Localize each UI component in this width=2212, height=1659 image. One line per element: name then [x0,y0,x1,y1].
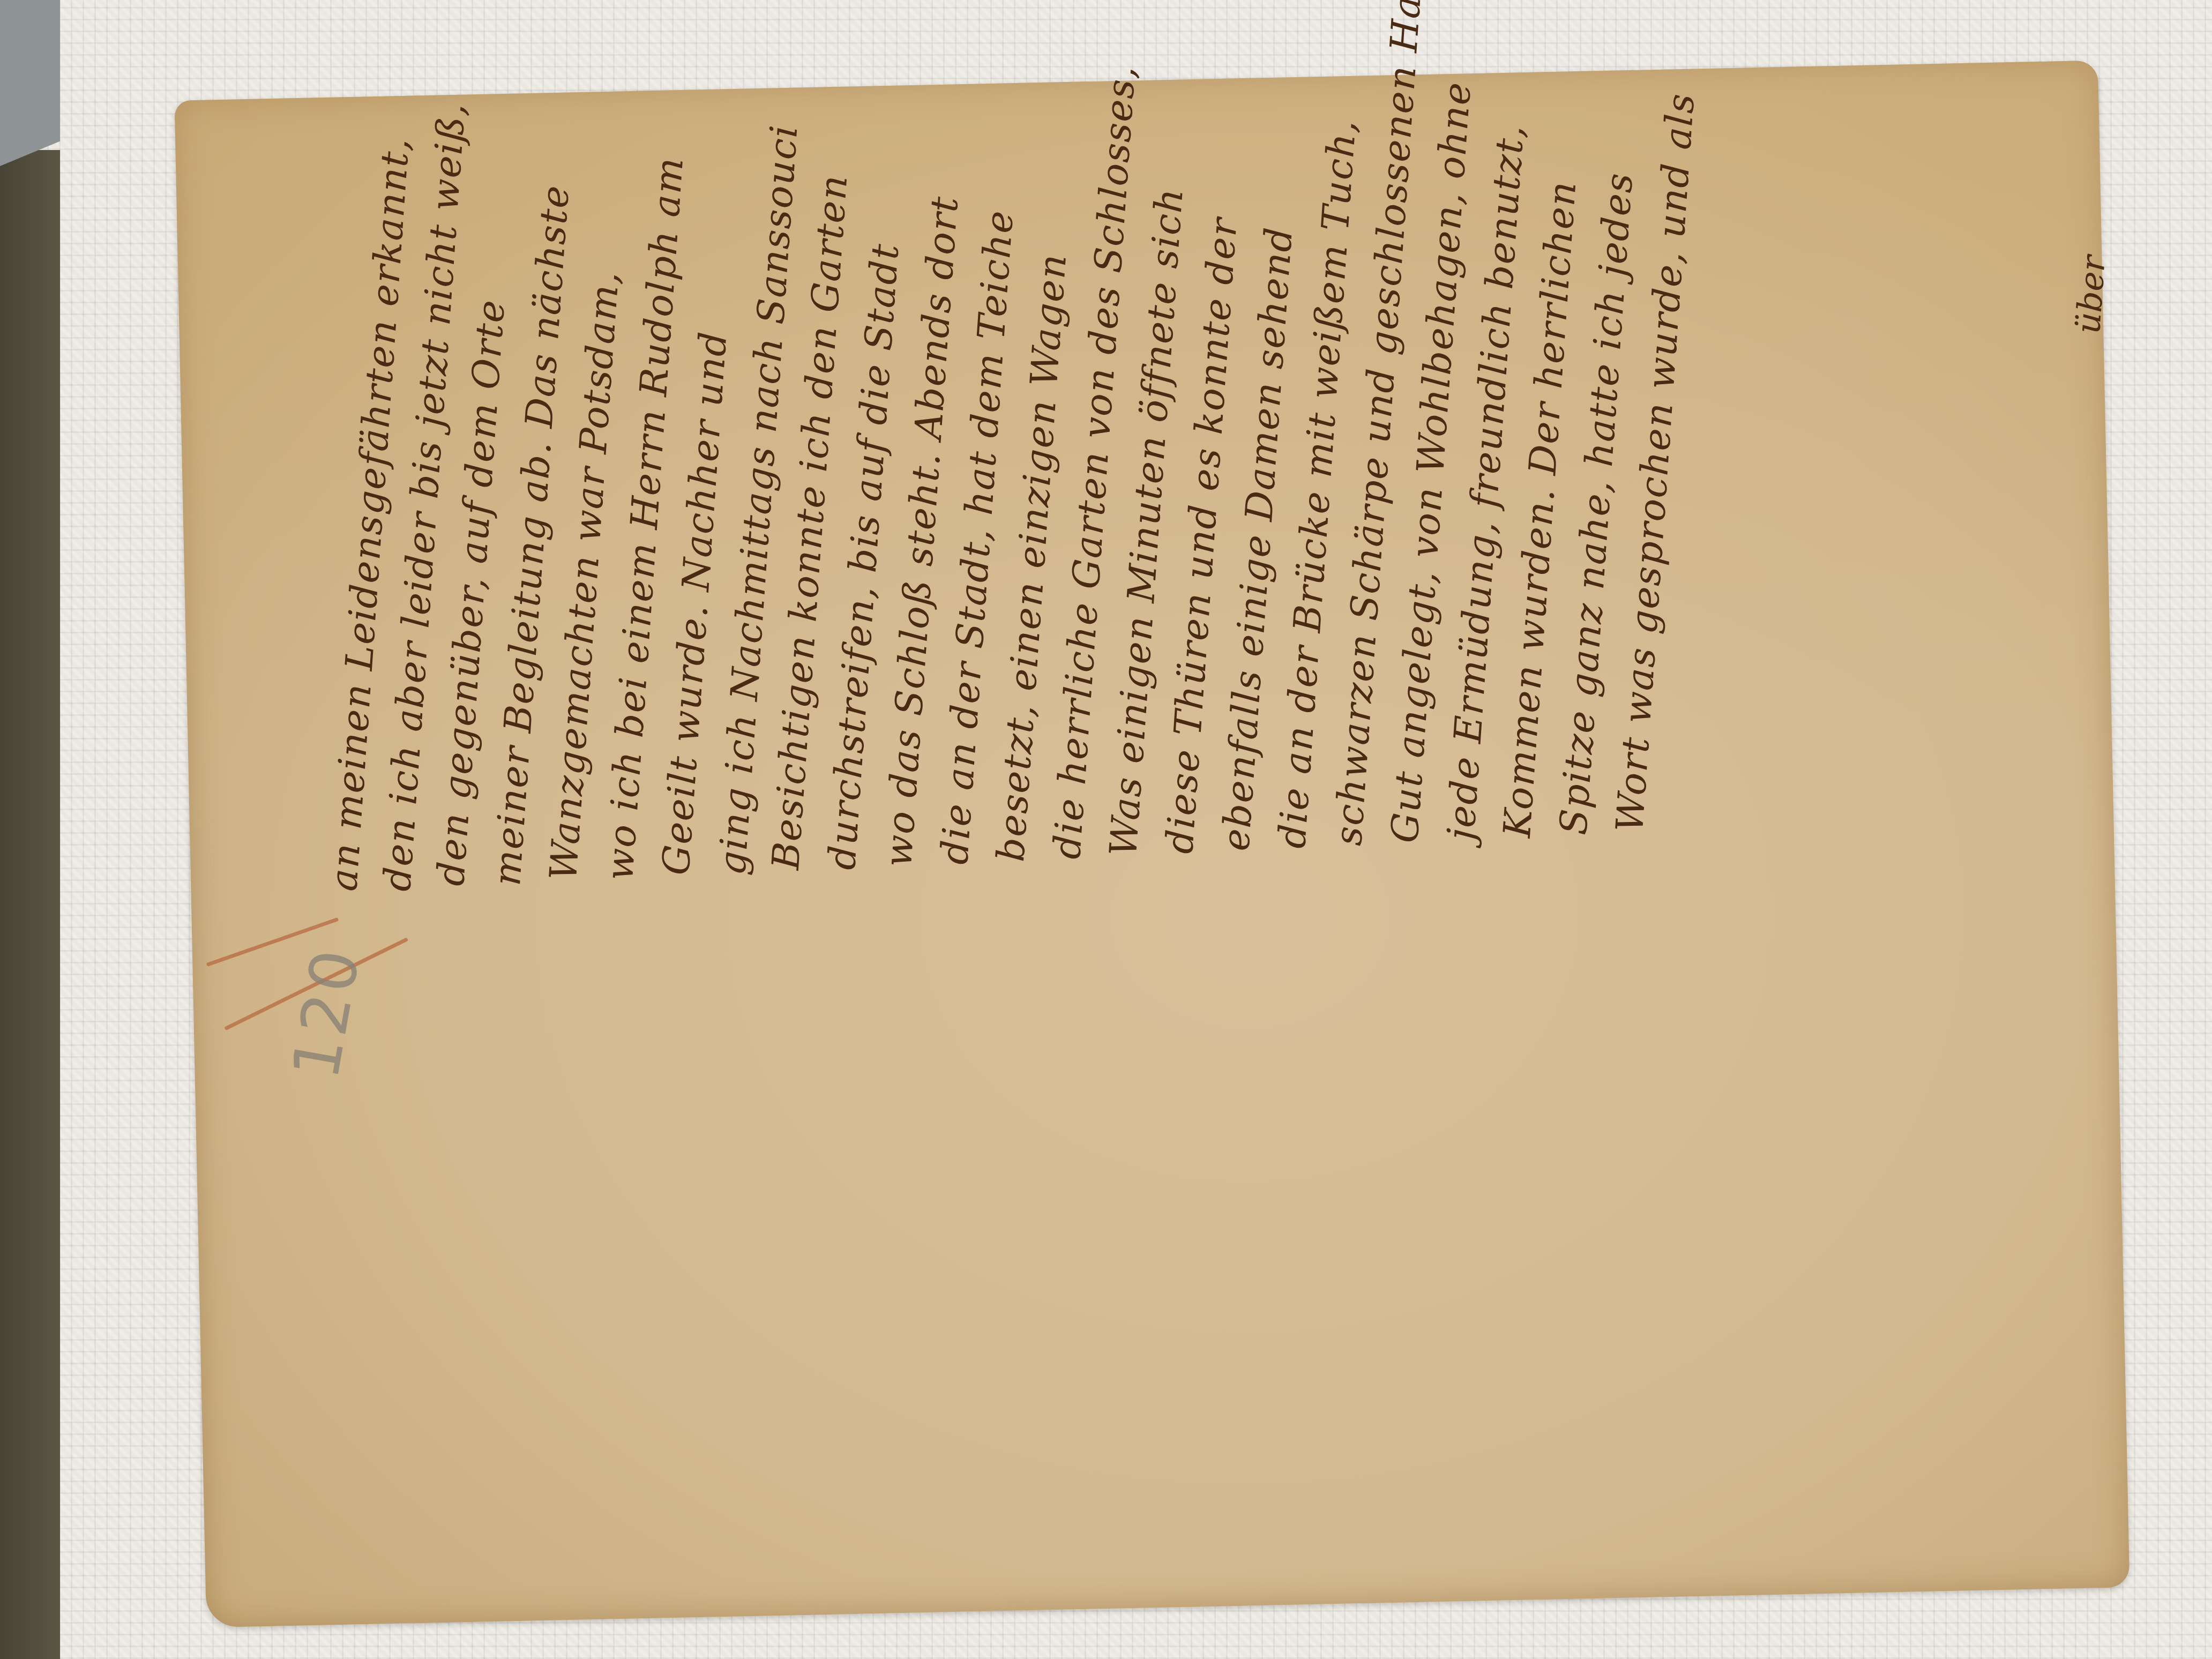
handwritten-text-block: an meinen Leidensgefährten erkannt, den … [0,0,2212,1659]
catchword: über [2068,254,2113,335]
